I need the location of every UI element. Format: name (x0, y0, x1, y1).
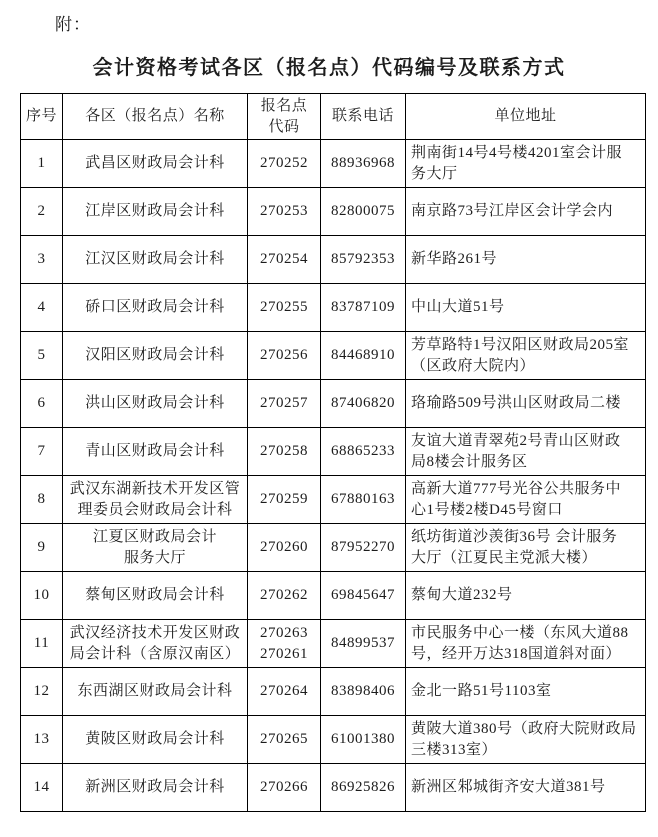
cell-code: 270260 (248, 524, 321, 572)
cell-address: 友谊大道青翠苑2号青山区财政 局8楼会计服务区 (406, 428, 646, 476)
cell-phone: 61001380 (321, 716, 406, 764)
cell-phone: 87952270 (321, 524, 406, 572)
cell-code: 270252 (248, 140, 321, 188)
cell-code: 270258 (248, 428, 321, 476)
cell-phone: 86925826 (321, 764, 406, 812)
cell-address: 蔡甸大道232号 (406, 572, 646, 620)
table-row: 1武昌区财政局会计科27025288936968荆南街14号4号楼4201室会计… (21, 140, 646, 188)
cell-phone: 67880163 (321, 476, 406, 524)
cell-address: 新华路261号 (406, 236, 646, 284)
table-header: 序号 各区（报名点）名称 报名点 代码 联系电话 单位地址 (21, 94, 646, 140)
cell-name: 新洲区财政局会计科 (63, 764, 248, 812)
table-row: 7青山区财政局会计科27025868865233友谊大道青翠苑2号青山区财政 局… (21, 428, 646, 476)
table-body: 1武昌区财政局会计科27025288936968荆南街14号4号楼4201室会计… (21, 140, 646, 812)
cell-phone: 83898406 (321, 668, 406, 716)
cell-name: 武昌区财政局会计科 (63, 140, 248, 188)
table-row: 4硚口区财政局会计科27025583787109中山大道51号 (21, 284, 646, 332)
cell-phone: 88936968 (321, 140, 406, 188)
header-index: 序号 (21, 94, 63, 140)
attachment-label: 附： (0, 0, 658, 35)
cell-name: 江夏区财政局会计 服务大厅 (63, 524, 248, 572)
cell-code: 270257 (248, 380, 321, 428)
cell-name: 江汉区财政局会计科 (63, 236, 248, 284)
cell-phone: 69845647 (321, 572, 406, 620)
cell-index: 13 (21, 716, 63, 764)
cell-code: 270259 (248, 476, 321, 524)
cell-index: 14 (21, 764, 63, 812)
cell-name: 汉阳区财政局会计科 (63, 332, 248, 380)
cell-index: 9 (21, 524, 63, 572)
cell-index: 2 (21, 188, 63, 236)
table-row: 13黄陂区财政局会计科27026561001380黄陂大道380号（政府大院财政… (21, 716, 646, 764)
cell-address: 中山大道51号 (406, 284, 646, 332)
cell-address: 市民服务中心一楼（东风大道88 号，经开万达318国道斜对面） (406, 620, 646, 668)
cell-code: 270256 (248, 332, 321, 380)
cell-index: 3 (21, 236, 63, 284)
table-row: 14新洲区财政局会计科27026686925826新洲区邾城街齐安大道381号 (21, 764, 646, 812)
cell-code: 270254 (248, 236, 321, 284)
cell-name: 蔡甸区财政局会计科 (63, 572, 248, 620)
table-row: 9江夏区财政局会计 服务大厅27026087952270纸坊街道沙羡街36号 会… (21, 524, 646, 572)
header-name: 各区（报名点）名称 (63, 94, 248, 140)
cell-address: 南京路73号江岸区会计学会内 (406, 188, 646, 236)
cell-code: 270253 (248, 188, 321, 236)
cell-code: 270265 (248, 716, 321, 764)
cell-address: 黄陂大道380号（政府大院财政局 三楼313室） (406, 716, 646, 764)
cell-address: 纸坊街道沙羡街36号 会计服务 大厅（江夏民主党派大楼） (406, 524, 646, 572)
table-row: 8武汉东湖新技术开发区管 理委员会财政局会计科27025967880163高新大… (21, 476, 646, 524)
table-row: 2江岸区财政局会计科27025382800075南京路73号江岸区会计学会内 (21, 188, 646, 236)
cell-phone: 83787109 (321, 284, 406, 332)
cell-phone: 85792353 (321, 236, 406, 284)
page-title: 会计资格考试各区（报名点）代码编号及联系方式 (0, 51, 658, 80)
cell-index: 11 (21, 620, 63, 668)
cell-index: 10 (21, 572, 63, 620)
cell-index: 7 (21, 428, 63, 476)
cell-name: 武汉经济技术开发区财政 局会计科（含原汉南区） (63, 620, 248, 668)
cell-code: 270255 (248, 284, 321, 332)
cell-phone: 82800075 (321, 188, 406, 236)
table-row: 5汉阳区财政局会计科27025684468910芳草路特1号汉阳区财政局205室… (21, 332, 646, 380)
cell-index: 8 (21, 476, 63, 524)
cell-name: 东西湖区财政局会计科 (63, 668, 248, 716)
cell-code: 270263 270261 (248, 620, 321, 668)
cell-name: 江岸区财政局会计科 (63, 188, 248, 236)
cell-code: 270266 (248, 764, 321, 812)
cell-phone: 84899537 (321, 620, 406, 668)
header-phone: 联系电话 (321, 94, 406, 140)
table-row: 6洪山区财政局会计科27025787406820珞瑜路509号洪山区财政局二楼 (21, 380, 646, 428)
cell-name: 洪山区财政局会计科 (63, 380, 248, 428)
table-row: 10蔡甸区财政局会计科27026269845647蔡甸大道232号 (21, 572, 646, 620)
cell-address: 荆南街14号4号楼4201室会计服 务大厅 (406, 140, 646, 188)
cell-index: 1 (21, 140, 63, 188)
header-code: 报名点 代码 (248, 94, 321, 140)
registration-points-table: 序号 各区（报名点）名称 报名点 代码 联系电话 单位地址 1武昌区财政局会计科… (20, 93, 646, 812)
cell-address: 珞瑜路509号洪山区财政局二楼 (406, 380, 646, 428)
cell-code: 270262 (248, 572, 321, 620)
table-header-row: 序号 各区（报名点）名称 报名点 代码 联系电话 单位地址 (21, 94, 646, 140)
table-row: 12东西湖区财政局会计科27026483898406金北一路51号1103室 (21, 668, 646, 716)
cell-name: 硚口区财政局会计科 (63, 284, 248, 332)
cell-address: 高新大道777号光谷公共服务中 心1号楼2楼D45号窗口 (406, 476, 646, 524)
cell-code: 270264 (248, 668, 321, 716)
cell-name: 青山区财政局会计科 (63, 428, 248, 476)
header-address: 单位地址 (406, 94, 646, 140)
cell-address: 新洲区邾城街齐安大道381号 (406, 764, 646, 812)
cell-index: 5 (21, 332, 63, 380)
table-row: 11武汉经济技术开发区财政 局会计科（含原汉南区）270263 27026184… (21, 620, 646, 668)
cell-index: 4 (21, 284, 63, 332)
cell-phone: 87406820 (321, 380, 406, 428)
cell-index: 12 (21, 668, 63, 716)
cell-address: 金北一路51号1103室 (406, 668, 646, 716)
cell-name: 武汉东湖新技术开发区管 理委员会财政局会计科 (63, 476, 248, 524)
cell-phone: 68865233 (321, 428, 406, 476)
cell-address: 芳草路特1号汉阳区财政局205室 （区政府大院内） (406, 332, 646, 380)
cell-index: 6 (21, 380, 63, 428)
cell-phone: 84468910 (321, 332, 406, 380)
cell-name: 黄陂区财政局会计科 (63, 716, 248, 764)
table-row: 3江汉区财政局会计科27025485792353新华路261号 (21, 236, 646, 284)
